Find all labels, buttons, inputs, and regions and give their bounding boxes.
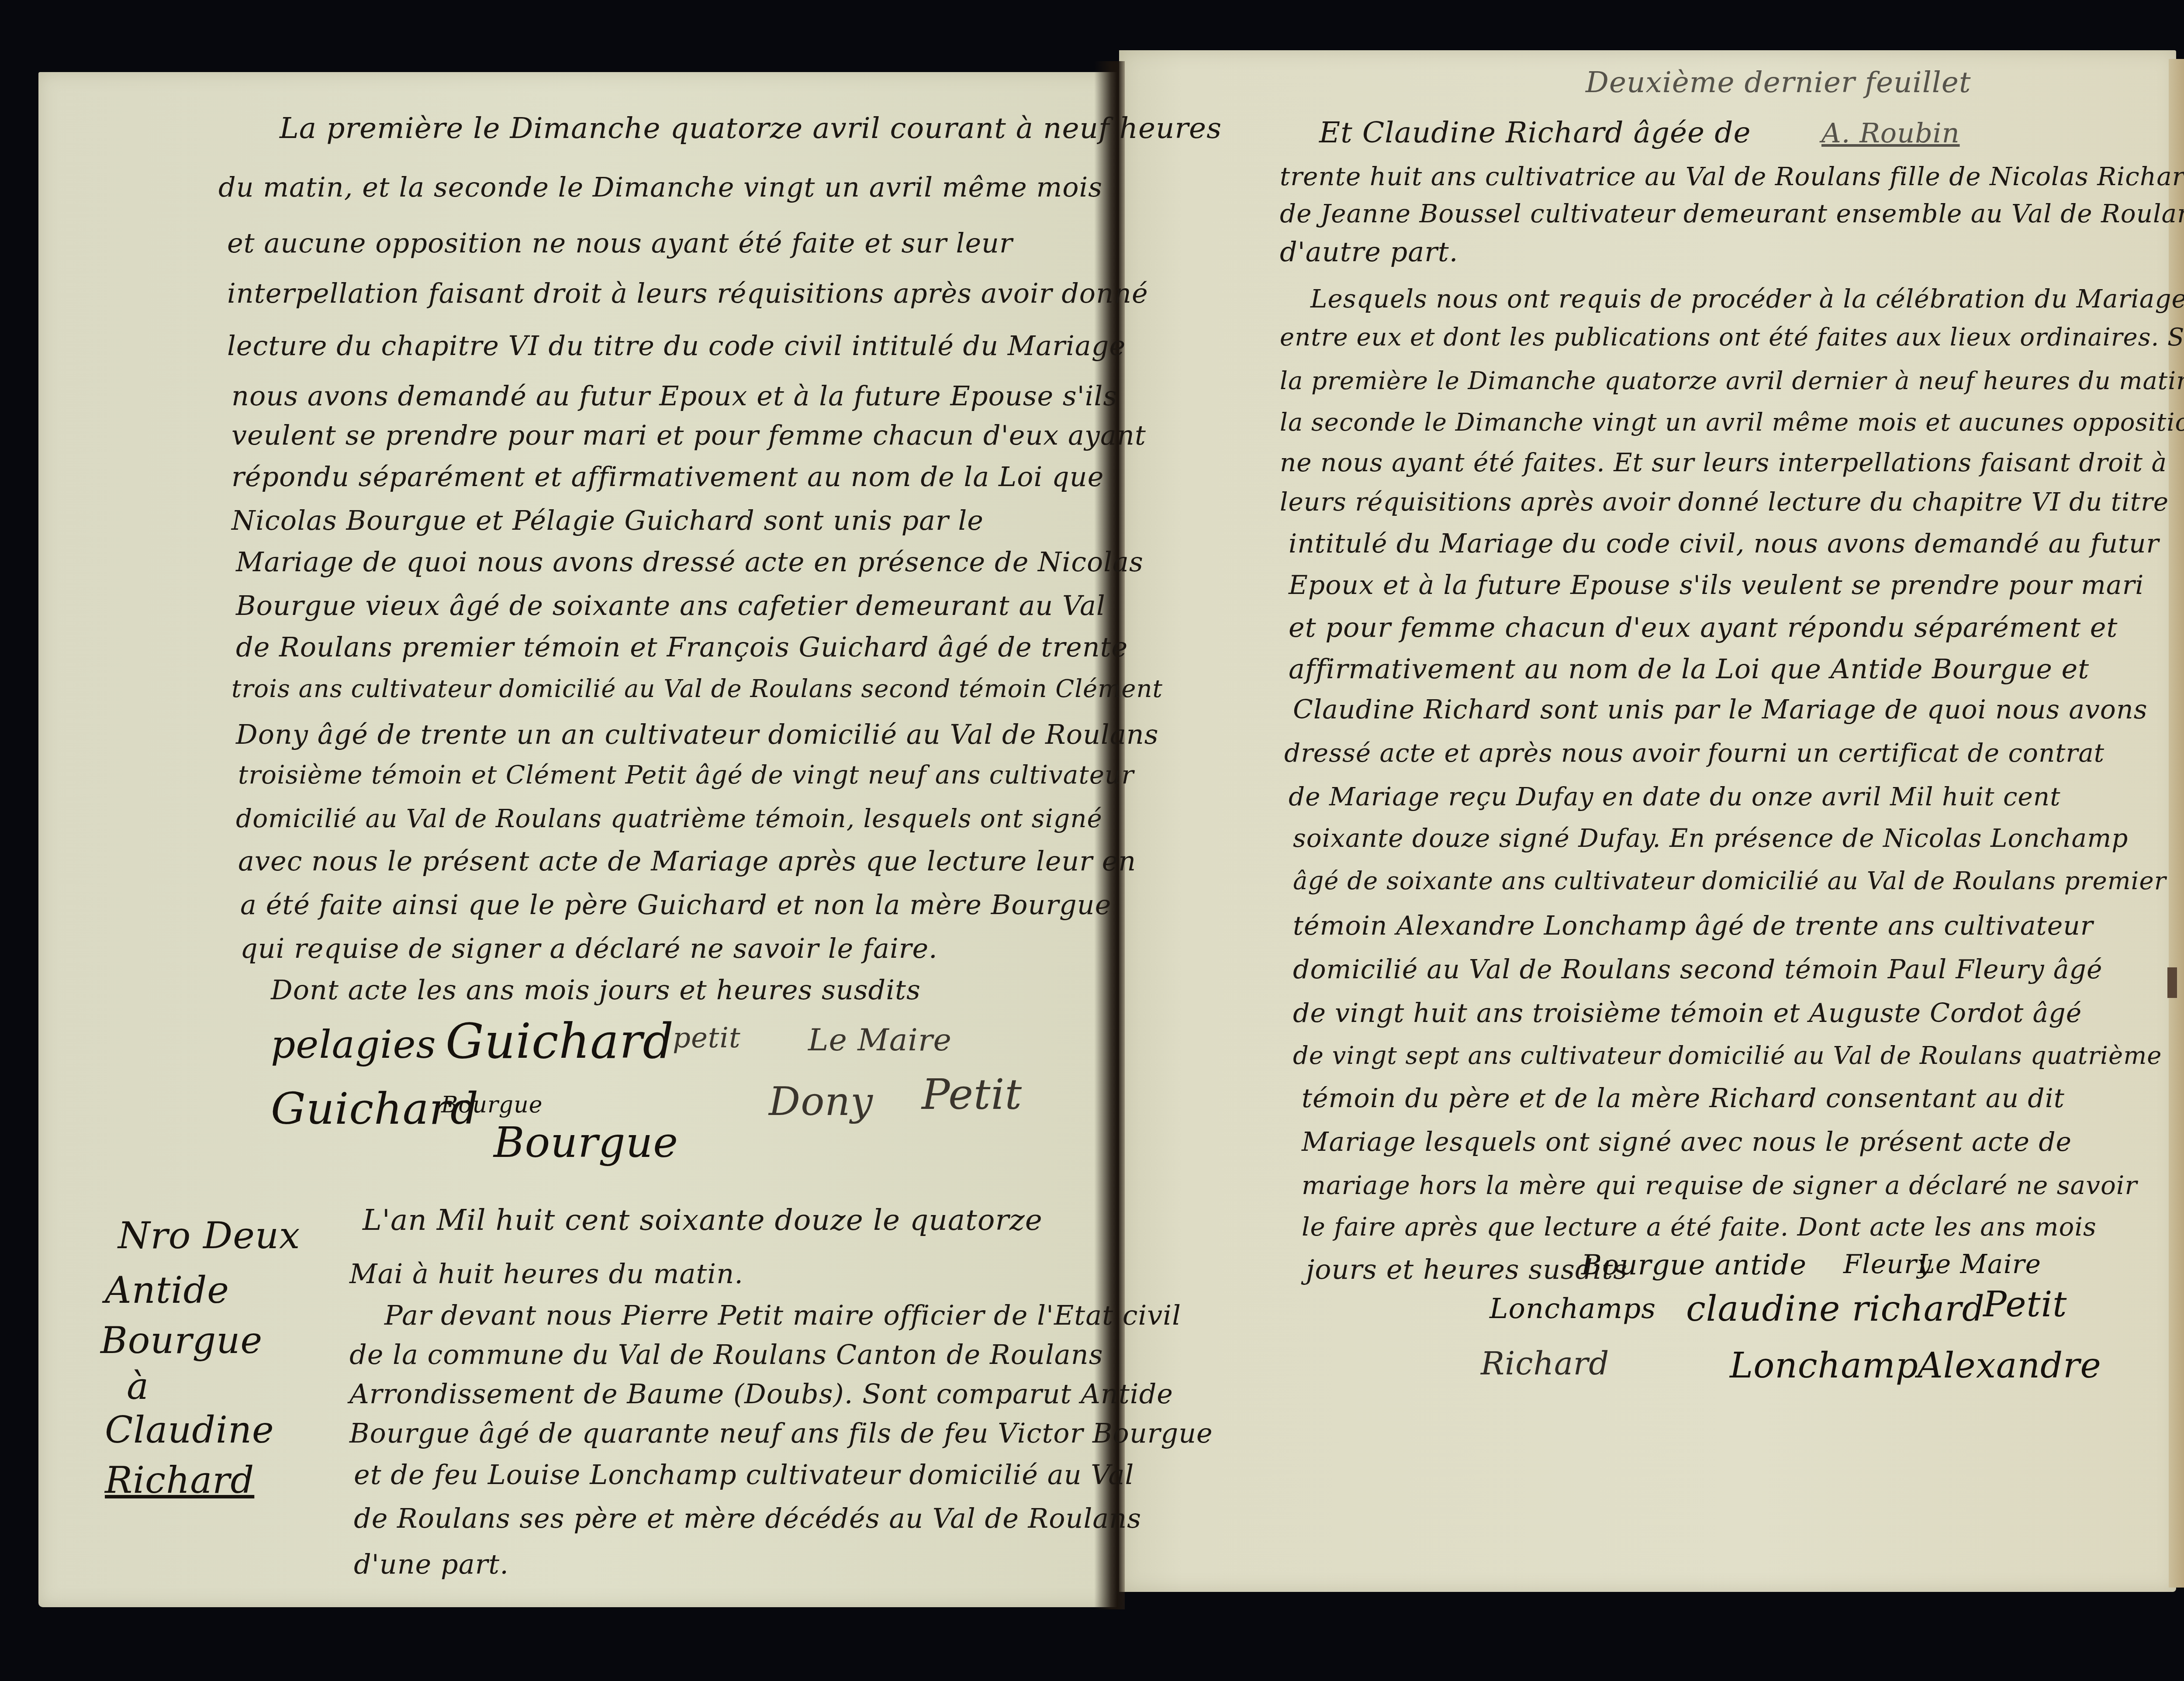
mayor-signature-label: Le Maire	[808, 1022, 952, 1058]
pencil-correction: A. Roubin	[1821, 117, 1960, 149]
margin-note-line: Bourgue	[100, 1319, 263, 1362]
text-line: trois ans cultivateur domicilié au Val d…	[232, 675, 1163, 703]
text-line: du matin, et la seconde le Dimanche ving…	[218, 171, 1102, 203]
signature: Dony	[769, 1079, 873, 1125]
signature: Guichard	[446, 1013, 674, 1069]
text-line: mariage hors la mère qui requise de sign…	[1302, 1170, 2137, 1200]
text-line: Nicolas Bourgue et Pélagie Guichard sont…	[232, 504, 984, 536]
text-line: de Roulans premier témoin et François Gu…	[236, 631, 1128, 663]
text-line: de Jeanne Boussel cultivateur demeurant …	[1280, 199, 2184, 228]
margin-note-line: Richard	[105, 1459, 254, 1502]
text-line: leurs réquisitions après avoir donné lec…	[1280, 487, 2169, 517]
text-line: Mai à huit heures du matin.	[349, 1258, 743, 1290]
text-line: la seconde le Dimanche vingt un avril mê…	[1280, 408, 2184, 437]
text-line: trente huit ans cultivatrice au Val de R…	[1280, 162, 2184, 191]
text-line: la première le Dimanche quatorze avril d…	[1280, 367, 2184, 395]
text-line: Claudine Richard sont unis par le Mariag…	[1293, 694, 2147, 725]
signature: Alexandre	[1918, 1345, 2101, 1386]
text-line: Mariage lesquels ont signé avec nous le …	[1302, 1127, 2072, 1157]
text-line: jours et heures susdits	[1306, 1253, 1628, 1285]
text-line: intitulé du Mariage du code civil, nous …	[1289, 528, 2159, 559]
text-line: lecture du chapitre VI du titre du code …	[227, 330, 1126, 362]
text-line: de vingt sept ans cultivateur domicilié …	[1293, 1042, 2162, 1070]
signature: Richard	[1481, 1345, 1609, 1382]
text-line: de Mariage reçu Dufay en date du onze av…	[1289, 782, 2060, 811]
text-line: domicilié au Val de Roulans quatrième té…	[236, 804, 1102, 833]
text-line: Bourgue vieux âgé de soixante ans cafeti…	[236, 590, 1106, 621]
text-line: âgé de soixante ans cultivateur domicili…	[1293, 867, 2166, 895]
text-line: entre eux et dont les publications ont é…	[1280, 323, 2184, 352]
signature: Petit	[922, 1070, 1022, 1119]
signature: Lonchamps	[1489, 1293, 1656, 1325]
text-line: témoin du père et de la mère Richard con…	[1302, 1083, 2065, 1114]
text-line: avec nous le présent acte de Mariage apr…	[238, 845, 1136, 877]
text-line: d'autre part.	[1280, 236, 1458, 268]
text-line: répondu séparément et affirmativement au…	[232, 461, 1104, 493]
pencil-header: Deuxième dernier feuillet	[1586, 66, 1971, 99]
margin-note-line: Claudine	[105, 1408, 274, 1451]
signature: Bourgue	[494, 1118, 678, 1167]
text-line: et aucune opposition ne nous ayant été f…	[227, 227, 1013, 259]
text-line: Dont acte les ans mois jours et heures s…	[271, 974, 921, 1006]
text-line: La première le Dimanche quatorze avril c…	[280, 111, 1222, 145]
signature: claudine richard	[1686, 1288, 1985, 1329]
text-line: le faire après que lecture a été faite. …	[1302, 1212, 2097, 1242]
signature: petit	[673, 1022, 741, 1054]
text-line: Bourgue âgé de quarante neuf ans fils de…	[349, 1417, 1213, 1449]
text-line: veulent se prendre pour mari et pour fem…	[232, 419, 1146, 451]
signature: Lonchamp	[1730, 1345, 1918, 1386]
text-line: Et Claudine Richard âgée de	[1319, 116, 1751, 149]
text-line: Par devant nous Pierre Petit maire offic…	[384, 1299, 1181, 1331]
text-line: de vingt huit ans troisième témoin et Au…	[1293, 998, 2082, 1029]
text-line: L'an Mil huit cent soixante douze le qua…	[363, 1203, 1043, 1237]
text-line: interpellation faisant droit à leurs réq…	[227, 277, 1148, 309]
text-line: qui requise de signer a déclaré ne savoi…	[240, 932, 938, 964]
text-line: nous avons demandé au futur Epoux et à l…	[232, 380, 1117, 412]
text-line: de Roulans ses père et mère décédés au V…	[354, 1502, 1141, 1534]
text-line: Mariage de quoi nous avons dressé acte e…	[236, 546, 1144, 578]
text-line: domicilié au Val de Roulans second témoi…	[1293, 954, 2102, 985]
text-line: Epoux et à la future Epouse s'ils veulen…	[1289, 570, 2144, 601]
text-line: et pour femme chacun d'eux ayant répondu…	[1289, 611, 2118, 643]
text-line: troisième témoin et Clément Petit âgé de…	[238, 760, 1134, 790]
bookmark-tab	[2167, 967, 2177, 998]
text-line: et de feu Louise Lonchamp cultivateur do…	[354, 1459, 1134, 1491]
margin-note-line: Antide	[105, 1269, 229, 1312]
margin-note-line: à	[127, 1365, 149, 1408]
text-line: Dony âgé de trente un an cultivateur dom…	[236, 718, 1159, 750]
signature: Bourgue antide	[1581, 1249, 1807, 1281]
signature: Bourgue	[441, 1092, 543, 1118]
text-line: ne nous ayant été faites. Et sur leurs i…	[1280, 448, 2167, 477]
text-line: affirmativement au nom de la Loi que Ant…	[1289, 653, 2089, 685]
text-line: témoin Alexandre Lonchamp âgé de trente …	[1293, 911, 2094, 941]
text-line: de la commune du Val de Roulans Canton d…	[349, 1339, 1103, 1370]
mayor-signature-label: Le Maire	[1918, 1249, 2041, 1280]
text-line: Lesquels nous ont requis de procéder à l…	[1310, 284, 2184, 314]
margin-note-number: Nro Deux	[118, 1214, 300, 1257]
text-line: d'une part.	[354, 1548, 509, 1580]
text-line: a été faite ainsi que le père Guichard e…	[240, 889, 1111, 921]
text-line: soixante douze signé Dufay. En présence …	[1293, 823, 2128, 853]
text-line: Arrondissement de Baume (Doubs). Sont co…	[349, 1378, 1173, 1410]
text-line: dressé acte et après nous avoir fourni u…	[1284, 738, 2105, 768]
signature: pelagies	[271, 1022, 436, 1067]
signature: Petit	[1983, 1284, 2067, 1325]
